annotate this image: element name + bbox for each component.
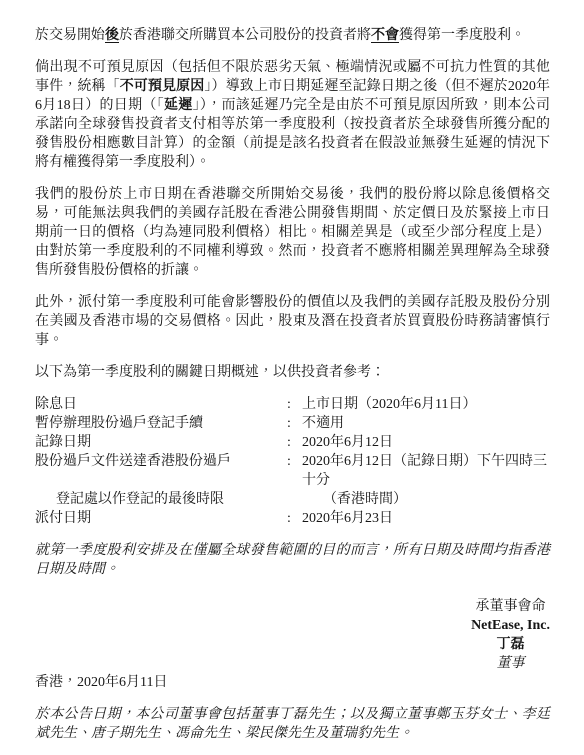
signature-block: 承董事會命 NetEase, Inc. 丁磊 董事 [471,597,550,673]
key-date-label: 暫停辦理股份過戶登記手續 [35,414,287,433]
signature-signer-name: 丁磊 [471,635,550,654]
key-date-row-payment-date: 派付日期 : 2020年6月23日 [35,509,550,528]
key-date-value-continued: （香港時間） [299,490,550,509]
paragraph-caution: 此外，派付第一季度股利可能會影響股份的價值以及我們的美國存託股及股份分別在美國及… [35,293,550,350]
key-date-row-transfer-deadline-cont: 登記處以作登記的最後時限 （香港時間） [35,490,550,509]
text-run: 獲得第一季度股利。 [399,28,525,43]
announcement-page: 於交易開始後於香港聯交所購買本公司股份的投資者將不會獲得第一季度股利。 倘出現不… [0,0,584,755]
key-date-colon-empty [287,490,299,509]
paragraph-key-dates-intro: 以下為第一季度股利的關鍵日期概述，以供投資者參考： [35,363,550,382]
key-date-label: 派付日期 [35,509,287,528]
signature-by-order: 承董事會命 [471,597,550,616]
key-date-row-record-date: 記錄日期 : 2020年6月12日 [35,433,550,452]
key-date-label: 股份過戶文件送達香港股份過戶 [35,452,287,490]
text-run: 於香港聯交所購買本公司股份的投資者將 [119,28,371,43]
key-date-colon: : [287,414,299,433]
signature-signer-title: 董事 [471,654,550,673]
key-date-row-book-closure: 暫停辦理股份過戶登記手續 : 不適用 [35,414,550,433]
key-date-value: 不適用 [299,414,550,433]
closing-place-date: 香港，2020年6月11日 [35,673,550,692]
key-date-row-transfer-deadline: 股份過戶文件送達香港股份過戶 : 2020年6月12日（記錄日期）下午四時三十分 [35,452,550,490]
key-date-colon: : [287,509,299,528]
signature-company-name: NetEase, Inc. [471,616,550,635]
key-date-label: 除息日 [35,395,287,414]
key-date-value: 2020年6月23日 [299,509,550,528]
text-run-bold-underline: 不會 [371,28,399,43]
key-date-colon: : [287,433,299,452]
key-dates-table: 除息日 : 上市日期（2020年6月11日） 暫停辦理股份過戶登記手續 : 不適… [35,395,550,528]
key-date-value: 2020年6月12日 [299,433,550,452]
paragraph-dividend-eligibility: 於交易開始後於香港聯交所購買本公司股份的投資者將不會獲得第一季度股利。 [35,26,550,45]
paragraph-ex-dividend-trading: 我們的股份於上市日期在香港聯交所開始交易後，我們的股份將以除息後價格交易，可能無… [35,185,550,280]
key-date-value: 2020年6月12日（記錄日期）下午四時三十分 [299,452,550,490]
text-run-bold-underline: 後 [105,28,119,43]
paragraph-timezone-note: 就第一季度股利安排及在僅屬全球發售範圍的目的而言，所有日期及時間均指香港日期及時… [35,541,550,579]
text-run-bold: 延遲 [164,98,193,113]
paragraph-unforeseeable-reason: 倘出現不可預見原因（包括但不限於惡劣天氣、極端情況或屬不可抗力性質的其他事件，統… [35,58,550,172]
paragraph-board-composition: 於本公告日期，本公司董事會包括董事丁磊先生；以及獨立董事鄭玉芬女士、李廷斌先生、… [35,705,550,743]
text-run-bold: 不可預見原因 [120,79,205,94]
key-date-label: 記錄日期 [35,433,287,452]
key-date-colon: : [287,452,299,490]
key-date-label-continued: 登記處以作登記的最後時限 [35,490,287,509]
key-date-colon: : [287,395,299,414]
text-run: 於交易開始 [35,28,105,43]
key-date-row-ex-dividend: 除息日 : 上市日期（2020年6月11日） [35,395,550,414]
key-date-value: 上市日期（2020年6月11日） [299,395,550,414]
